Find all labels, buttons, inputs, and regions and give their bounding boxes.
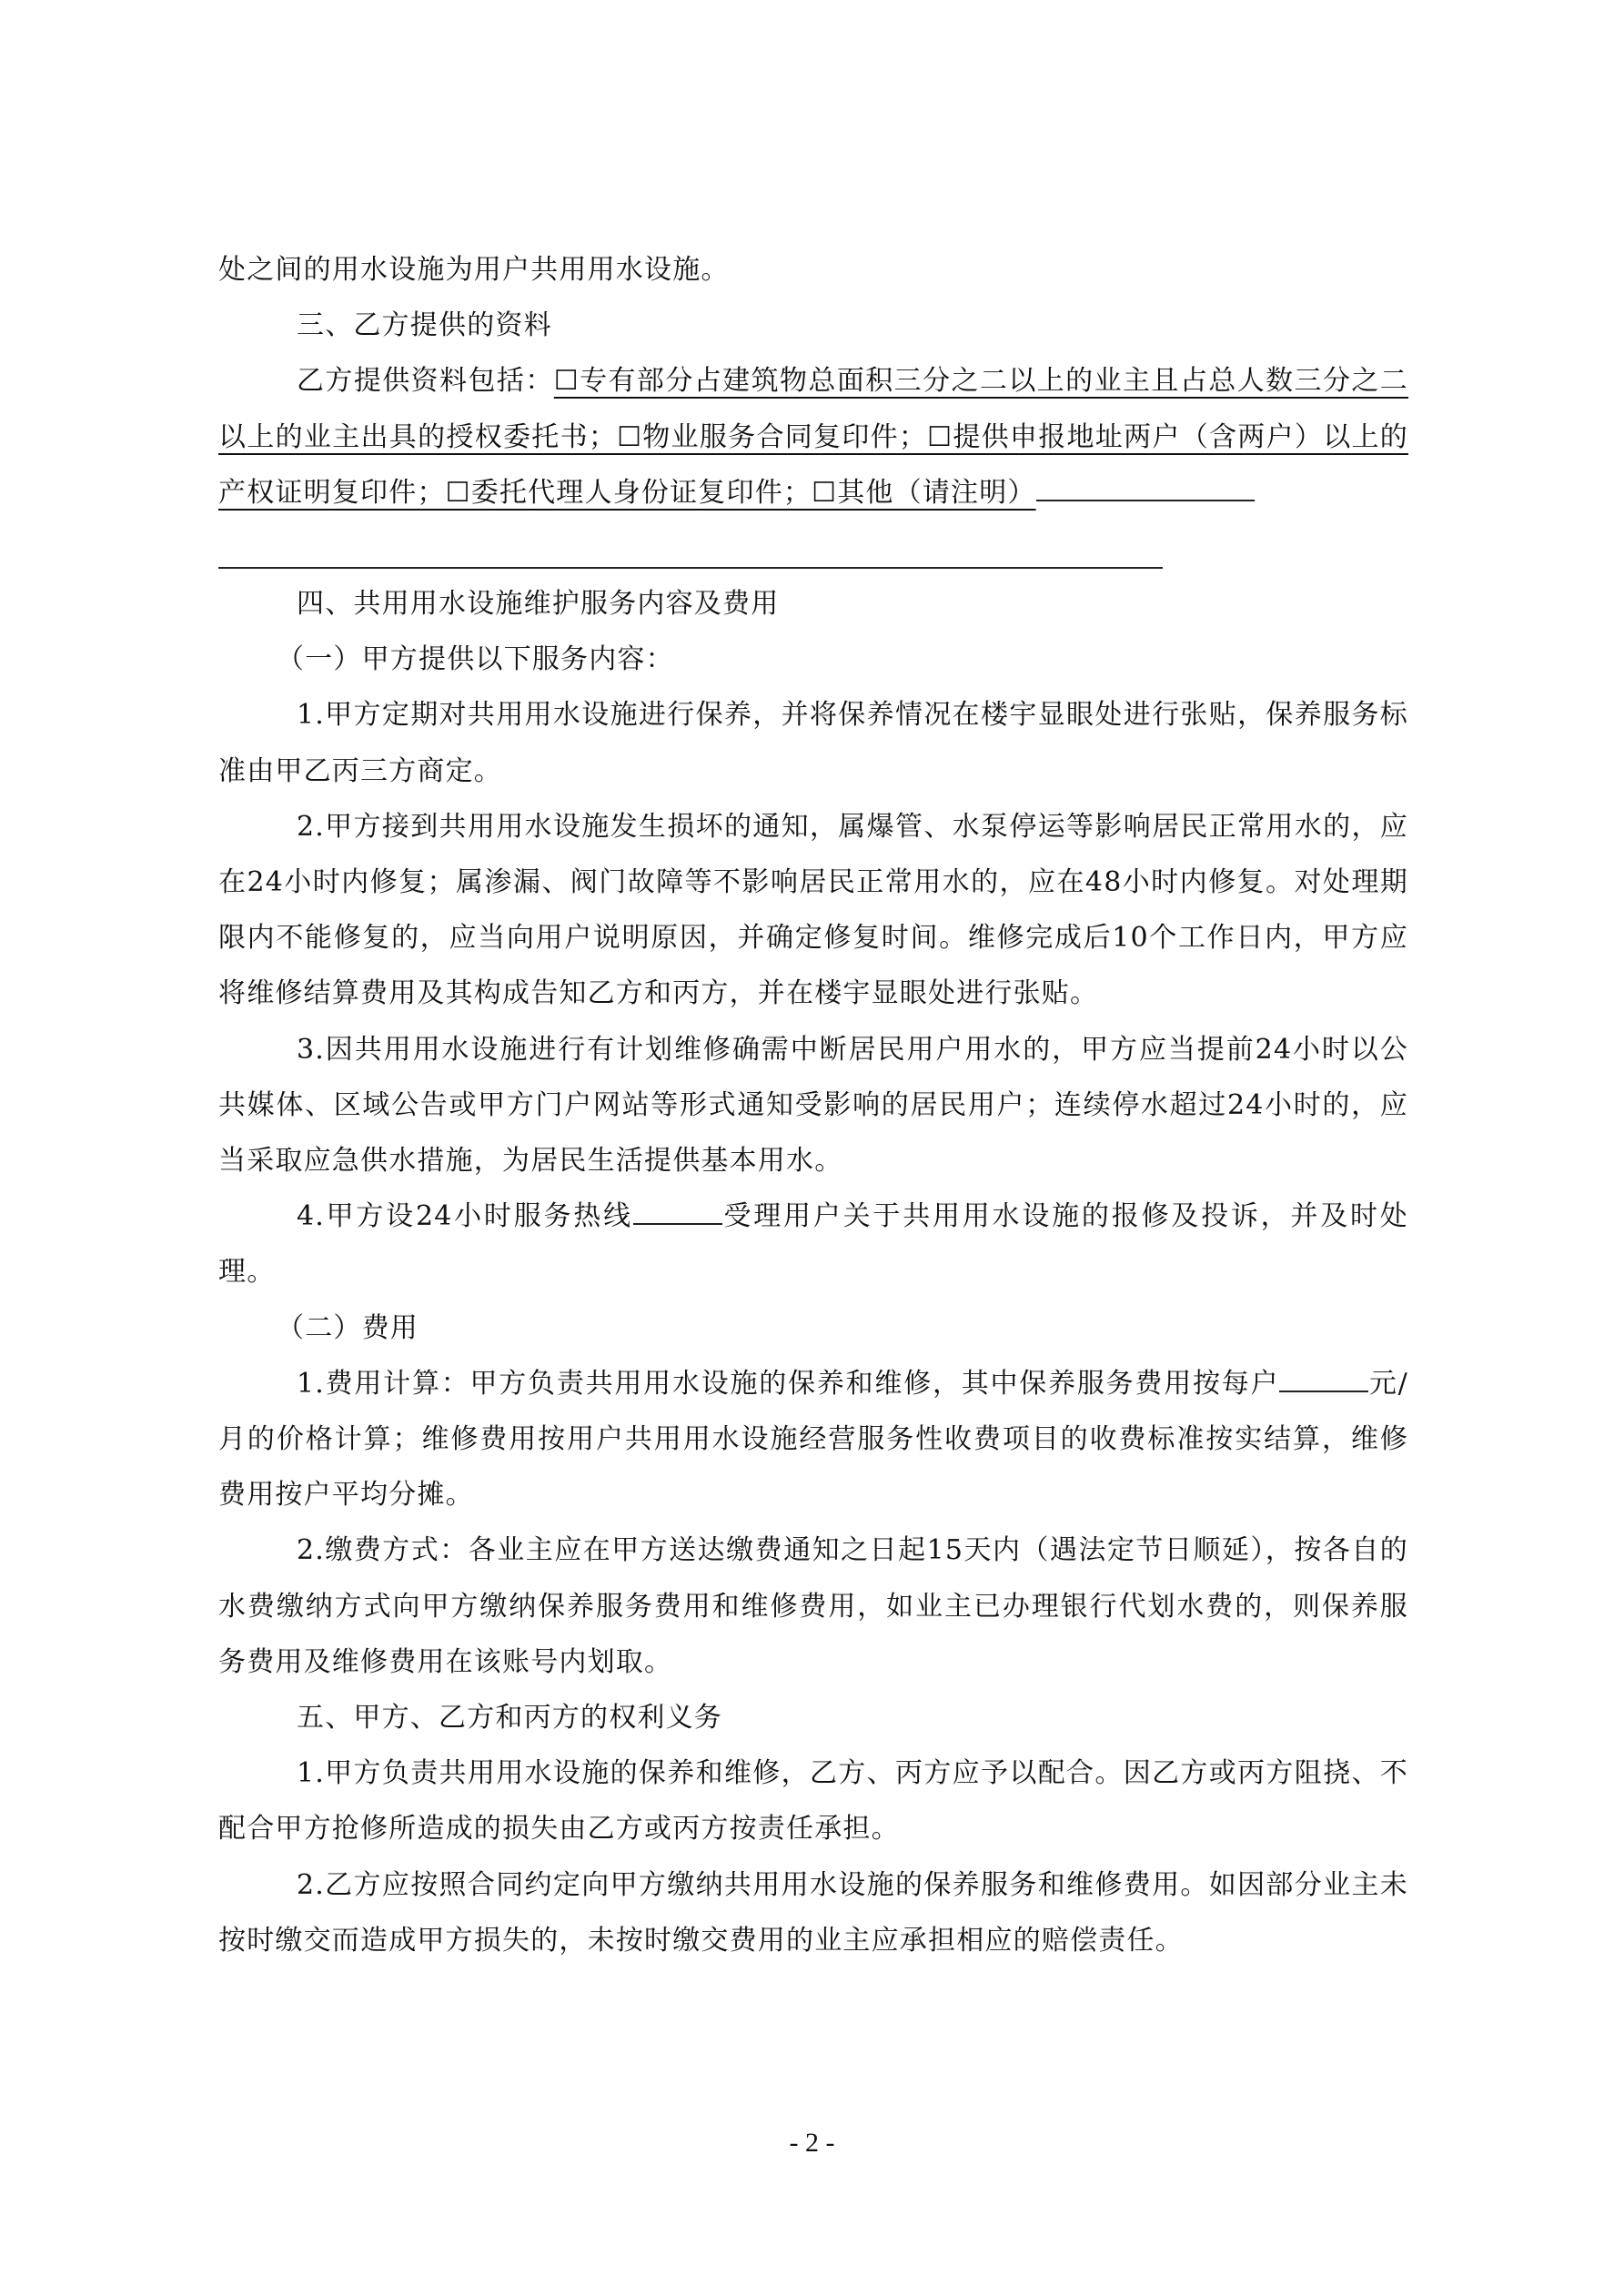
materials-lead: 乙方提供资料包括：	[297, 365, 554, 397]
other-specify-continuation-line[interactable]	[218, 521, 1163, 576]
service-item-4-prefix: 4.甲方设24小时服务热线	[297, 1200, 633, 1232]
service-item-3: 3.因共用用水设施进行有计划维修确需中断居民用户用水的，甲方应当提前24小时以公…	[218, 1022, 1408, 1189]
document-page: 处之间的用水设施为用户共用用水设施。 三、乙方提供的资料 乙方提供资料包括：☐专…	[0, 0, 1624, 2296]
fee-item-1: 1.费用计算：甲方负责共用用水设施的保养和维修，其中保养服务费用按每户元/月的价…	[218, 1356, 1408, 1523]
section-3-materials: 乙方提供资料包括：☐专有部分占建筑物总面积三分之二以上的业主且占总人数三分之二以…	[218, 353, 1408, 521]
service-item-2: 2.甲方接到共用用水设施发生损坏的通知，属爆管、水泵停运等影响居民正常用水的，应…	[218, 799, 1408, 1022]
service-item-1: 1.甲方定期对共用用水设施进行保养，并将保养情况在楼宇显眼处进行张贴，保养服务标…	[218, 687, 1408, 798]
hotline-blank[interactable]	[633, 1199, 722, 1225]
obligation-item-2: 2.乙方应按照合同约定向甲方缴纳共用用水设施的保养服务和维修费用。如因部分业主未…	[218, 1857, 1408, 1968]
obligation-item-1: 1.甲方负责共用用水设施的保养和维修，乙方、丙方应予以配合。因乙方或丙方阻挠、不…	[218, 1745, 1408, 1856]
section-4-heading: 四、共用用水设施维护服务内容及费用	[218, 576, 1408, 632]
fee-per-household-blank[interactable]	[1279, 1367, 1368, 1392]
section-5-heading: 五、甲方、乙方和丙方的权利义务	[218, 1690, 1408, 1745]
section-4-2-heading: （二）费用	[218, 1300, 1408, 1356]
section-4-1-heading: （一）甲方提供以下服务内容：	[218, 632, 1408, 687]
fee-item-2: 2.缴费方式：各业主应在甲方送达缴费通知之日起15天内（遇法定节日顺延），按各自…	[218, 1522, 1408, 1690]
page-number: - 2 -	[0, 2128, 1624, 2159]
service-item-4: 4.甲方设24小时服务热线受理用户关于共用用水设施的报修及投诉，并及时处理。	[218, 1188, 1408, 1300]
document-body: 处之间的用水设施为用户共用用水设施。 三、乙方提供的资料 乙方提供资料包括：☐专…	[218, 242, 1408, 1968]
paragraph-continuation: 处之间的用水设施为用户共用用水设施。	[218, 242, 1408, 298]
section-3-heading: 三、乙方提供的资料	[218, 298, 1408, 353]
fee-item-1-prefix: 1.费用计算：甲方负责共用用水设施的保养和维修，其中保养服务费用按每户	[297, 1368, 1279, 1400]
other-specify-blank[interactable]	[1036, 476, 1255, 501]
